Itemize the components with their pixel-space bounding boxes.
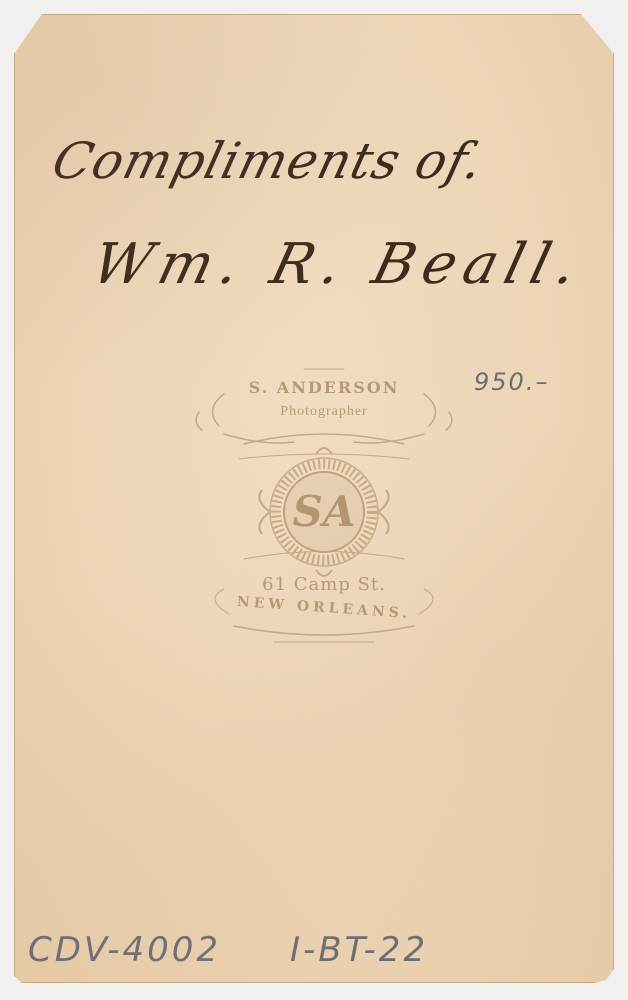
accession-number: I-BT-22 bbox=[290, 930, 428, 970]
catalog-number: CDV-4002 bbox=[28, 930, 221, 970]
inscription-signature: Wm. R. Beall. bbox=[86, 232, 592, 297]
price-note: 950.– bbox=[474, 368, 549, 396]
card-back: Compliments of. Wm. R. Beall. 950.– bbox=[14, 14, 614, 983]
photographer-title: Photographer bbox=[184, 404, 464, 420]
studio-address: 61 Camp St. bbox=[184, 574, 464, 595]
svg-text:SA: SA bbox=[293, 487, 356, 536]
photographer-name: S. ANDERSON bbox=[184, 378, 464, 397]
photographer-backstamp: SA S. ANDERSON Photographer 61 Camp St. … bbox=[184, 364, 464, 654]
inscription-compliments: Compliments of. bbox=[47, 132, 490, 190]
